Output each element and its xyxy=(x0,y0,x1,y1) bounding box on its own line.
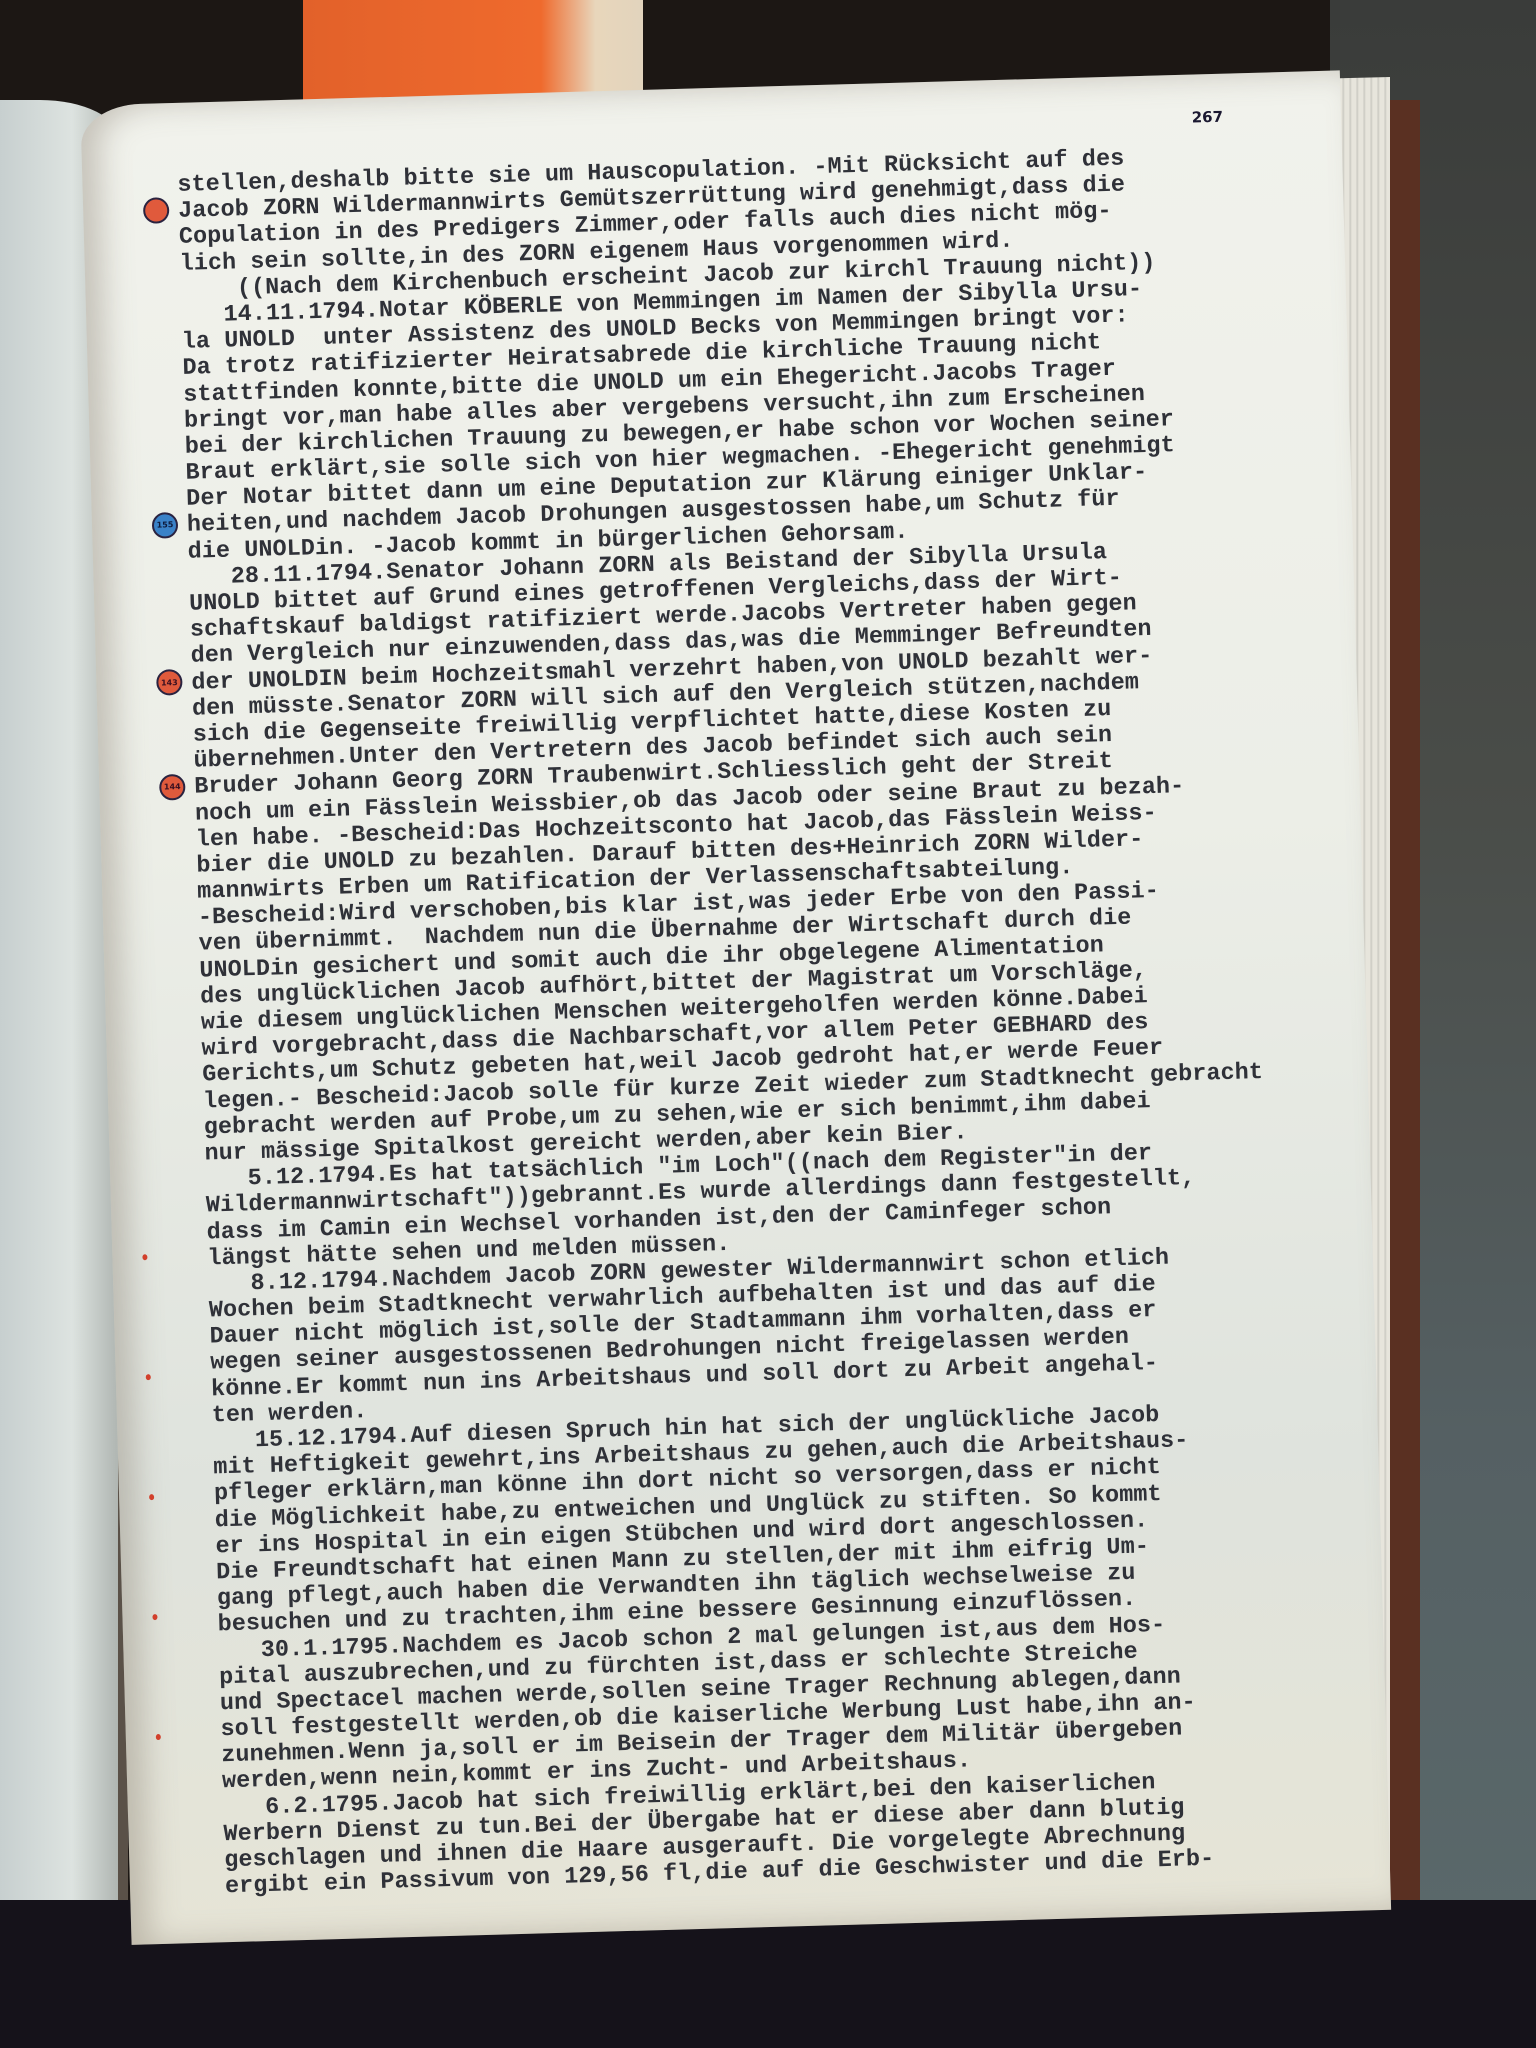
margin-dot xyxy=(156,1734,161,1740)
page-number: 267 xyxy=(1191,108,1223,127)
page-text: stellen,deshalb bitte sie um Hauscopulat… xyxy=(177,141,1375,1901)
margin-marker-red xyxy=(143,198,170,225)
margin-dot xyxy=(152,1614,157,1620)
margin-dot xyxy=(146,1374,151,1380)
margin-marker-red: 144 xyxy=(159,774,186,801)
margin-marker-blue: 155 xyxy=(152,512,179,539)
margin-dot xyxy=(149,1494,154,1500)
typewritten-page: 267 155143144 stellen,deshalb bitte sie … xyxy=(80,70,1391,1944)
margin-dot xyxy=(142,1254,147,1260)
margin-markers: 155143144 xyxy=(80,70,1340,105)
margin-marker-red: 143 xyxy=(156,669,183,696)
